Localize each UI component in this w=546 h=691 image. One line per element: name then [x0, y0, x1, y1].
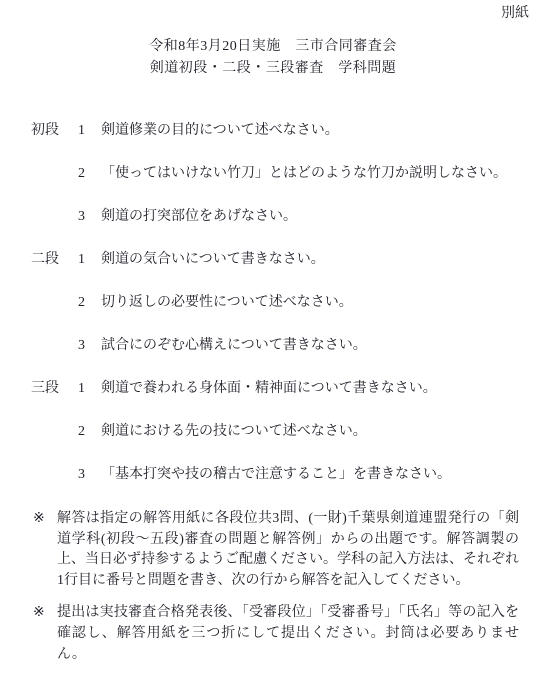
question-row: 2 切り返しの必要性について述べなさい。 [0, 294, 546, 312]
question-number: 2 [78, 165, 101, 183]
section-label: 初段 [31, 122, 78, 140]
question-number: 3 [78, 337, 101, 355]
question-text: 「使ってはいけない竹刀」とはどのような竹刀か説明しなさい。 [101, 165, 546, 183]
question-number: 1 [78, 380, 101, 398]
question-text: 剣道における先の技について述べなさい。 [101, 423, 546, 441]
section-sandan: 三段 1 剣道で養われる身体面・精神面について書きなさい。 2 剣道における先の… [0, 380, 546, 484]
title-block: 令和8年3月20日実施 三市合同審査会 剣道初段・二段・三段審査 学科問題 [0, 36, 546, 80]
note-marker: ※ [33, 509, 57, 530]
page-title: 令和8年3月20日実施 三市合同審査会 [0, 36, 546, 58]
note-answer-sheet: ※ 解答は指定の解答用紙に各段位共3問、(一財)千葉県剣道連盟発行の「剣道学科(… [0, 509, 546, 591]
document-page: 別紙 令和8年3月20日実施 三市合同審査会 剣道初段・二段・三段審査 学科問題… [0, 0, 546, 691]
corner-label: 別紙 [0, 0, 546, 22]
question-row: 2 剣道における先の技について述べなさい。 [0, 423, 546, 441]
question-text: 切り返しの必要性について述べなさい。 [101, 294, 546, 312]
question-sections: 初段 1 剣道修業の目的について述べなさい。 2 「使ってはいけない竹刀」とはど… [0, 122, 546, 484]
question-number: 2 [78, 294, 101, 312]
question-text: 剣道の気合いについて書きなさい。 [101, 251, 546, 269]
note-text: 解答は指定の解答用紙に各段位共3問、(一財)千葉県剣道連盟発行の「剣道学科(初段… [57, 509, 519, 591]
question-number: 2 [78, 423, 101, 441]
question-text: 「基本打突や技の稽古で注意すること」を書きなさい。 [101, 466, 546, 484]
page-subtitle: 剣道初段・二段・三段審査 学科問題 [0, 58, 546, 80]
question-row: 三段 1 剣道で養われる身体面・精神面について書きなさい。 [0, 380, 546, 398]
section-label: 二段 [31, 251, 78, 269]
question-text: 剣道修業の目的について述べなさい。 [101, 122, 546, 140]
question-text: 剣道で養われる身体面・精神面について書きなさい。 [101, 380, 546, 398]
question-number: 3 [78, 208, 101, 226]
question-number: 1 [78, 122, 101, 140]
question-text: 試合にのぞむ心構えについて書きなさい。 [101, 337, 546, 355]
question-row: 2 「使ってはいけない竹刀」とはどのような竹刀か説明しなさい。 [0, 165, 546, 183]
note-marker: ※ [33, 603, 57, 624]
section-label: 三段 [31, 380, 78, 398]
note-submission: ※ 提出は実技審査合格発表後、「受審段位」「受審番号」「氏名」等の記入を確認し、… [0, 603, 546, 665]
question-row: 3 「基本打突や技の稽古で注意すること」を書きなさい。 [0, 466, 546, 484]
question-row: 3 剣道の打突部位をあげなさい。 [0, 208, 546, 226]
section-shodan: 初段 1 剣道修業の目的について述べなさい。 2 「使ってはいけない竹刀」とはど… [0, 122, 546, 226]
question-text: 剣道の打突部位をあげなさい。 [101, 208, 546, 226]
question-row: 初段 1 剣道修業の目的について述べなさい。 [0, 122, 546, 140]
note-text: 提出は実技審査合格発表後、「受審段位」「受審番号」「氏名」等の記入を確認し、解答… [57, 603, 519, 665]
question-number: 3 [78, 466, 101, 484]
question-row: 3 試合にのぞむ心構えについて書きなさい。 [0, 337, 546, 355]
question-number: 1 [78, 251, 101, 269]
section-nidan: 二段 1 剣道の気合いについて書きなさい。 2 切り返しの必要性について述べなさ… [0, 251, 546, 355]
notes: ※ 解答は指定の解答用紙に各段位共3問、(一財)千葉県剣道連盟発行の「剣道学科(… [0, 509, 546, 665]
question-row: 二段 1 剣道の気合いについて書きなさい。 [0, 251, 546, 269]
